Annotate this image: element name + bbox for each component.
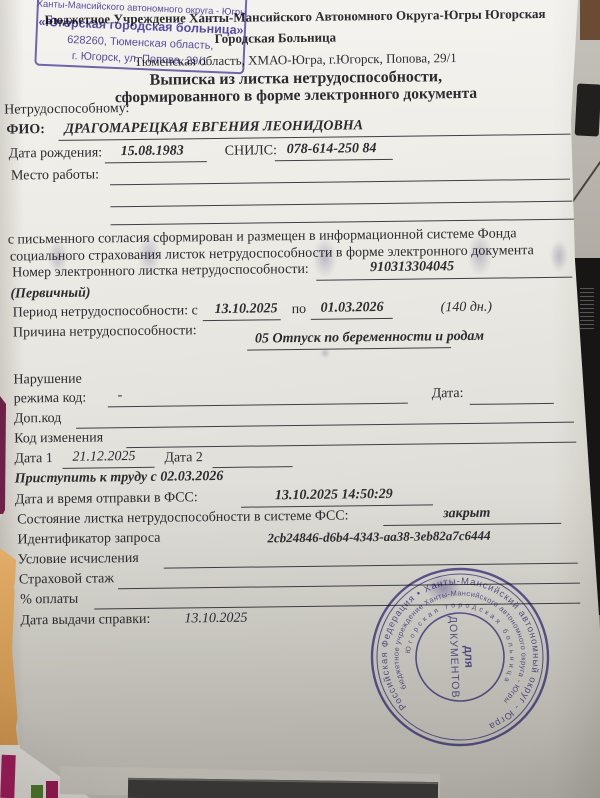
pay-percent-label: % оплаты xyxy=(20,592,78,609)
underline xyxy=(108,403,408,408)
issue-date-value: 13.10.2025 xyxy=(184,611,247,628)
tiny-label-texture xyxy=(580,288,594,330)
underline xyxy=(203,319,281,321)
fss-state-label: Состояние листка нетрудоспособности в си… xyxy=(17,508,349,528)
snils-value: 078-614-250 84 xyxy=(287,141,377,158)
calc-condition-label: Условие исчисления xyxy=(18,551,139,568)
fss-state-value: закрыт xyxy=(443,506,490,523)
underline xyxy=(383,523,561,526)
workplace-label: Место работы: xyxy=(11,167,99,184)
reason-value: 05 Отпуск по беременности и родам xyxy=(255,329,484,348)
to-label: Нетрудоспособному: xyxy=(4,101,129,119)
brown-object xyxy=(580,0,600,40)
fio-label: ФИО: xyxy=(6,122,45,138)
violation-label-line1: Нарушение xyxy=(13,372,82,389)
underline xyxy=(126,442,576,448)
underline xyxy=(76,422,574,429)
underline xyxy=(63,467,155,469)
underline xyxy=(470,403,554,405)
period-to-value: 01.03.2026 xyxy=(321,300,384,317)
stamp-line-street: г. Югорск, ул. Попова, 29/1 xyxy=(72,50,208,68)
request-id-value: 2cb24846-d6b4-4343-aa38-3eb82a7c6444 xyxy=(267,528,490,547)
ink-smudge xyxy=(313,238,337,278)
underline xyxy=(110,201,572,208)
period-days: (140 дн.) xyxy=(441,300,493,317)
underline xyxy=(111,219,575,226)
stamp-center-line1: для xyxy=(462,645,477,668)
round-official-stamp: Российская Федерация • Ханты-Мансийский … xyxy=(353,550,568,765)
insurance-record-label: Страховой стаж xyxy=(19,571,114,588)
violation-date-label: Дата: xyxy=(432,386,464,402)
violation-label-line2: режима код: xyxy=(14,391,87,408)
primary-note: (Первичный) xyxy=(10,286,90,303)
date1-value: 21.12.2025 xyxy=(72,449,135,466)
underline xyxy=(105,161,207,163)
underline xyxy=(213,466,293,468)
magenta-strip xyxy=(46,781,58,798)
reason-label: Причина нетрудоспособности: xyxy=(13,323,197,341)
underline xyxy=(247,347,451,350)
ink-smudge xyxy=(48,240,68,274)
snils-label: СНИЛС: xyxy=(225,143,277,160)
resume-work-note: Приступить к труду с 02.03.2026 xyxy=(15,469,224,488)
underline xyxy=(110,179,570,186)
period-from-value: 13.10.2025 xyxy=(215,301,278,318)
request-id-label: Идентификатор запроса xyxy=(17,531,160,549)
period-to-word: по xyxy=(292,302,307,318)
underline xyxy=(311,318,393,320)
dark-object-bottom xyxy=(128,778,438,798)
birth-date-value: 15.08.1983 xyxy=(121,143,184,160)
underline xyxy=(275,159,393,161)
issue-date-label: Дата выдачи справки: xyxy=(20,612,150,630)
change-code-label: Код изменения xyxy=(14,430,103,447)
ink-smudge xyxy=(138,236,160,274)
period-label: Период нетрудоспособности: с xyxy=(13,303,198,321)
green-strip xyxy=(31,785,43,798)
fss-sent-value: 13.10.2025 14:50:29 xyxy=(275,487,393,504)
underline xyxy=(316,277,572,281)
ink-smudge xyxy=(320,348,330,358)
ink-smudge xyxy=(468,234,492,276)
date2-label: Дата 2 xyxy=(164,450,203,466)
eln-number-value: 910313304045 xyxy=(370,259,454,276)
fss-sent-label: Дата и время отправки в ФСС: xyxy=(15,490,198,508)
photo-of-sick-leave-extract: Бюджетное Учреждение Ханты-Мансийского А… xyxy=(0,0,600,798)
date1-label: Дата 1 xyxy=(14,451,53,467)
magenta-strip xyxy=(0,755,15,798)
fio-value: ДРАГОМАРЕЦКАЯ ЕВГЕНИЯ ЛЕОНИДОВНА xyxy=(64,118,363,138)
dop-code-label: Доп.код xyxy=(14,411,62,428)
rectangular-hospital-stamp: Бюджетное учреждение Ханты-Мансийского а… xyxy=(34,0,247,74)
underline xyxy=(241,504,433,507)
dark-object-top-right xyxy=(575,83,600,136)
violation-code-value: - xyxy=(118,388,123,404)
stamp-line-zip: 628260, Тюменская область, xyxy=(67,34,214,52)
document-sheet: Бюджетное Учреждение Ханты-Мансийского А… xyxy=(0,0,600,798)
stamp-center-line2: ДОКУМЕНТОВ xyxy=(447,616,462,699)
ink-smudge xyxy=(550,240,568,272)
birth-date-label: Дата рождения: xyxy=(9,145,103,162)
